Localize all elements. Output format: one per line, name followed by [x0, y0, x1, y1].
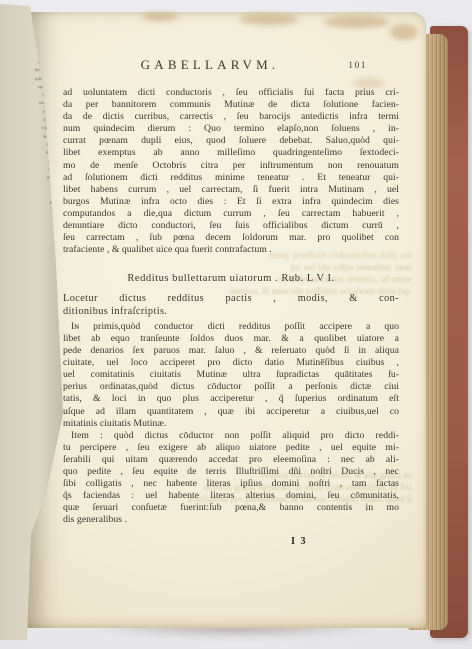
page-stain [240, 14, 298, 25]
text-line: ad ſolutionem dicti redditus minime tene… [63, 172, 399, 184]
text-line: libet exemptus ab anno milleſimo quadrin… [63, 147, 399, 159]
page-text: GABELLARVM. 101 ad uoluntatem dicti cond… [63, 57, 399, 547]
text-line: tatis, & loci in quo plus acciperetur , … [63, 393, 399, 405]
text-line: dis generalibus . [63, 514, 399, 526]
text-line: mo de menſe Octobris citra per inſtrumen… [63, 160, 399, 172]
text-line: Iɴ primis,quòd conductor dicti redditus … [63, 321, 399, 333]
book-photo: nunq; prædictis cōductoribus dolo, culpa… [0, 0, 472, 649]
text-line: Locetur dictus redditus pactis , modis, … [63, 293, 399, 305]
text-line: denuntiare dicto conductori, ſeu ſuis of… [63, 220, 399, 232]
running-header: GABELLARVM. [63, 57, 357, 73]
text-line: burgos Mutinæ infra octo dies : Et ſi ex… [63, 196, 399, 208]
page-stain [390, 24, 418, 40]
text-line: num quindecim dierum : Quo termino elapſ… [63, 123, 399, 135]
text-line: perius ordinatas,quòd dictus cōductor po… [63, 381, 399, 393]
text-line: q̃s faciendas : uel habente literas alte… [63, 490, 399, 502]
text-line: currat pœnam dupli eius, quod ſoluere de… [63, 135, 399, 147]
page-stain [324, 16, 390, 28]
paragraph-2: Iɴ primis,quòd conductor dicti redditus … [63, 321, 399, 430]
text-line: pede denarios ſex paruos mar. ſaluo , & … [63, 345, 399, 357]
paragraph-3: Item : quòd dictus cōductor non poſſit a… [63, 430, 399, 527]
text-line: uſque ad illam quantitatem , quæ ibi acc… [63, 406, 399, 418]
text-line: ſerabili qui uitam quærendo accedat pro … [63, 454, 399, 466]
text-line: ditionibus infraſcriptis. [63, 306, 399, 318]
book-page: nunq; prædictis cōductoribus dolo, culpa… [24, 12, 426, 628]
page-header-row: GABELLARVM. 101 [63, 57, 399, 77]
signature-mark: I 3 [291, 536, 399, 547]
text-line: libet habens currum , uel carrectam, ſi … [63, 184, 399, 196]
text-line: Item : quòd dictus cōductor non poſſit a… [63, 430, 399, 442]
text-line: ciuitate, uel loco acciperet pro dicto d… [63, 357, 399, 369]
text-line: ad uoluntatem dicti conductoris , ſeu of… [63, 87, 399, 99]
text-line: ſibi colligatis , nec habente literas ip… [63, 478, 399, 490]
text-line: quo pedite , ſeu equite de terris Illuſt… [63, 466, 399, 478]
text-line: quæ ſeruari conſuetæ fuerint:ſub pœna,& … [63, 502, 399, 514]
paragraph-1: ad uoluntatem dicti conductoris , ſeu of… [63, 87, 399, 256]
text-line: da de dictis curribus, carrectis , ſeu b… [63, 111, 399, 123]
text-line: mitatinis ciuitatis Mutinæ. [63, 418, 399, 430]
text-line: da per bannitorem communis Mutinæ de dic… [63, 99, 399, 111]
text-line: computandos a die,qua dictum currum , ſe… [63, 208, 399, 220]
page-stain [142, 13, 178, 21]
text-line: ſeu carrectam , ſub pœna decem ſoldorum … [63, 232, 399, 244]
rubric-heading: Redditus bullettarum uiatorum . Rub. L V… [63, 273, 399, 284]
rubric-subheading: Locetur dictus redditus pactis , modis, … [63, 293, 399, 318]
page-number: 101 [348, 61, 367, 71]
text-line: trafaciente , & qualibet uice qua fuerit… [63, 244, 399, 256]
text-line: uel comitatinis ciuitatis Mutinæ ultra ſ… [63, 369, 399, 381]
text-line: tu percipere , ſeu exigere ab aliquo uia… [63, 442, 399, 454]
text-line: libet ab equo tranſeunte ſoldos duos mar… [63, 333, 399, 345]
